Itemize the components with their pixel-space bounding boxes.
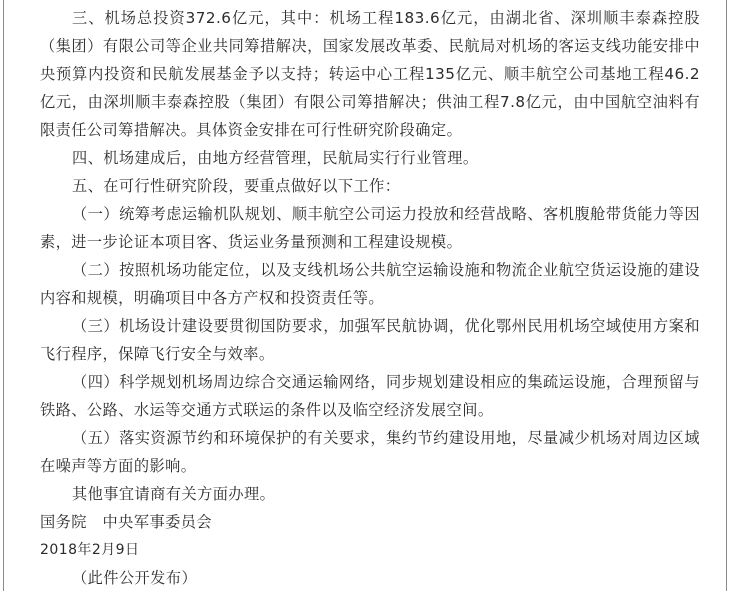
paragraph-item-5: （五）落实资源节约和环境保护的有关要求，集约节约建设用地，尽量减少机场对周边区域…: [40, 424, 700, 480]
paragraph-item-1: （一）统筹考虑运输机队规划、顺丰航空公司运力投放和经营战略、客机腹舱带货能力等因…: [40, 200, 700, 256]
paragraph-item-4: （四）科学规划机场周边综合交通运输网络，同步规划建设相应的集疏运设施，合理预留与…: [40, 368, 700, 424]
paragraph-investment: 三、机场总投资372.6亿元，其中：机场工程183.6亿元，由湖北省、深圳顺丰泰…: [40, 4, 700, 144]
paragraph-feasibility-intro: 五、在可行性研究阶段，要重点做好以下工作：: [40, 172, 700, 200]
paragraph-other-matters: 其他事宜请商有关方面办理。: [40, 480, 700, 508]
paragraph-item-2: （二）按照机场功能定位，以及支线机场公共航空运输设施和物流企业航空货运设施的建设…: [40, 256, 700, 312]
document-body: 三、机场总投资372.6亿元，其中：机场工程183.6亿元，由湖北省、深圳顺丰泰…: [40, 4, 700, 591]
paragraph-item-3: （三）机场设计建设要贯彻国防要求，加强军民航协调，优化鄂州民用机场空域使用方案和…: [40, 312, 700, 368]
signature-issuers: 国务院 中央军事委员会: [40, 508, 700, 536]
publication-note: （此件公开发布）: [40, 564, 700, 591]
paragraph-management: 四、机场建成后，由地方经营管理，民航局实行行业管理。: [40, 144, 700, 172]
signature-date: 2018年2月9日: [40, 536, 700, 564]
